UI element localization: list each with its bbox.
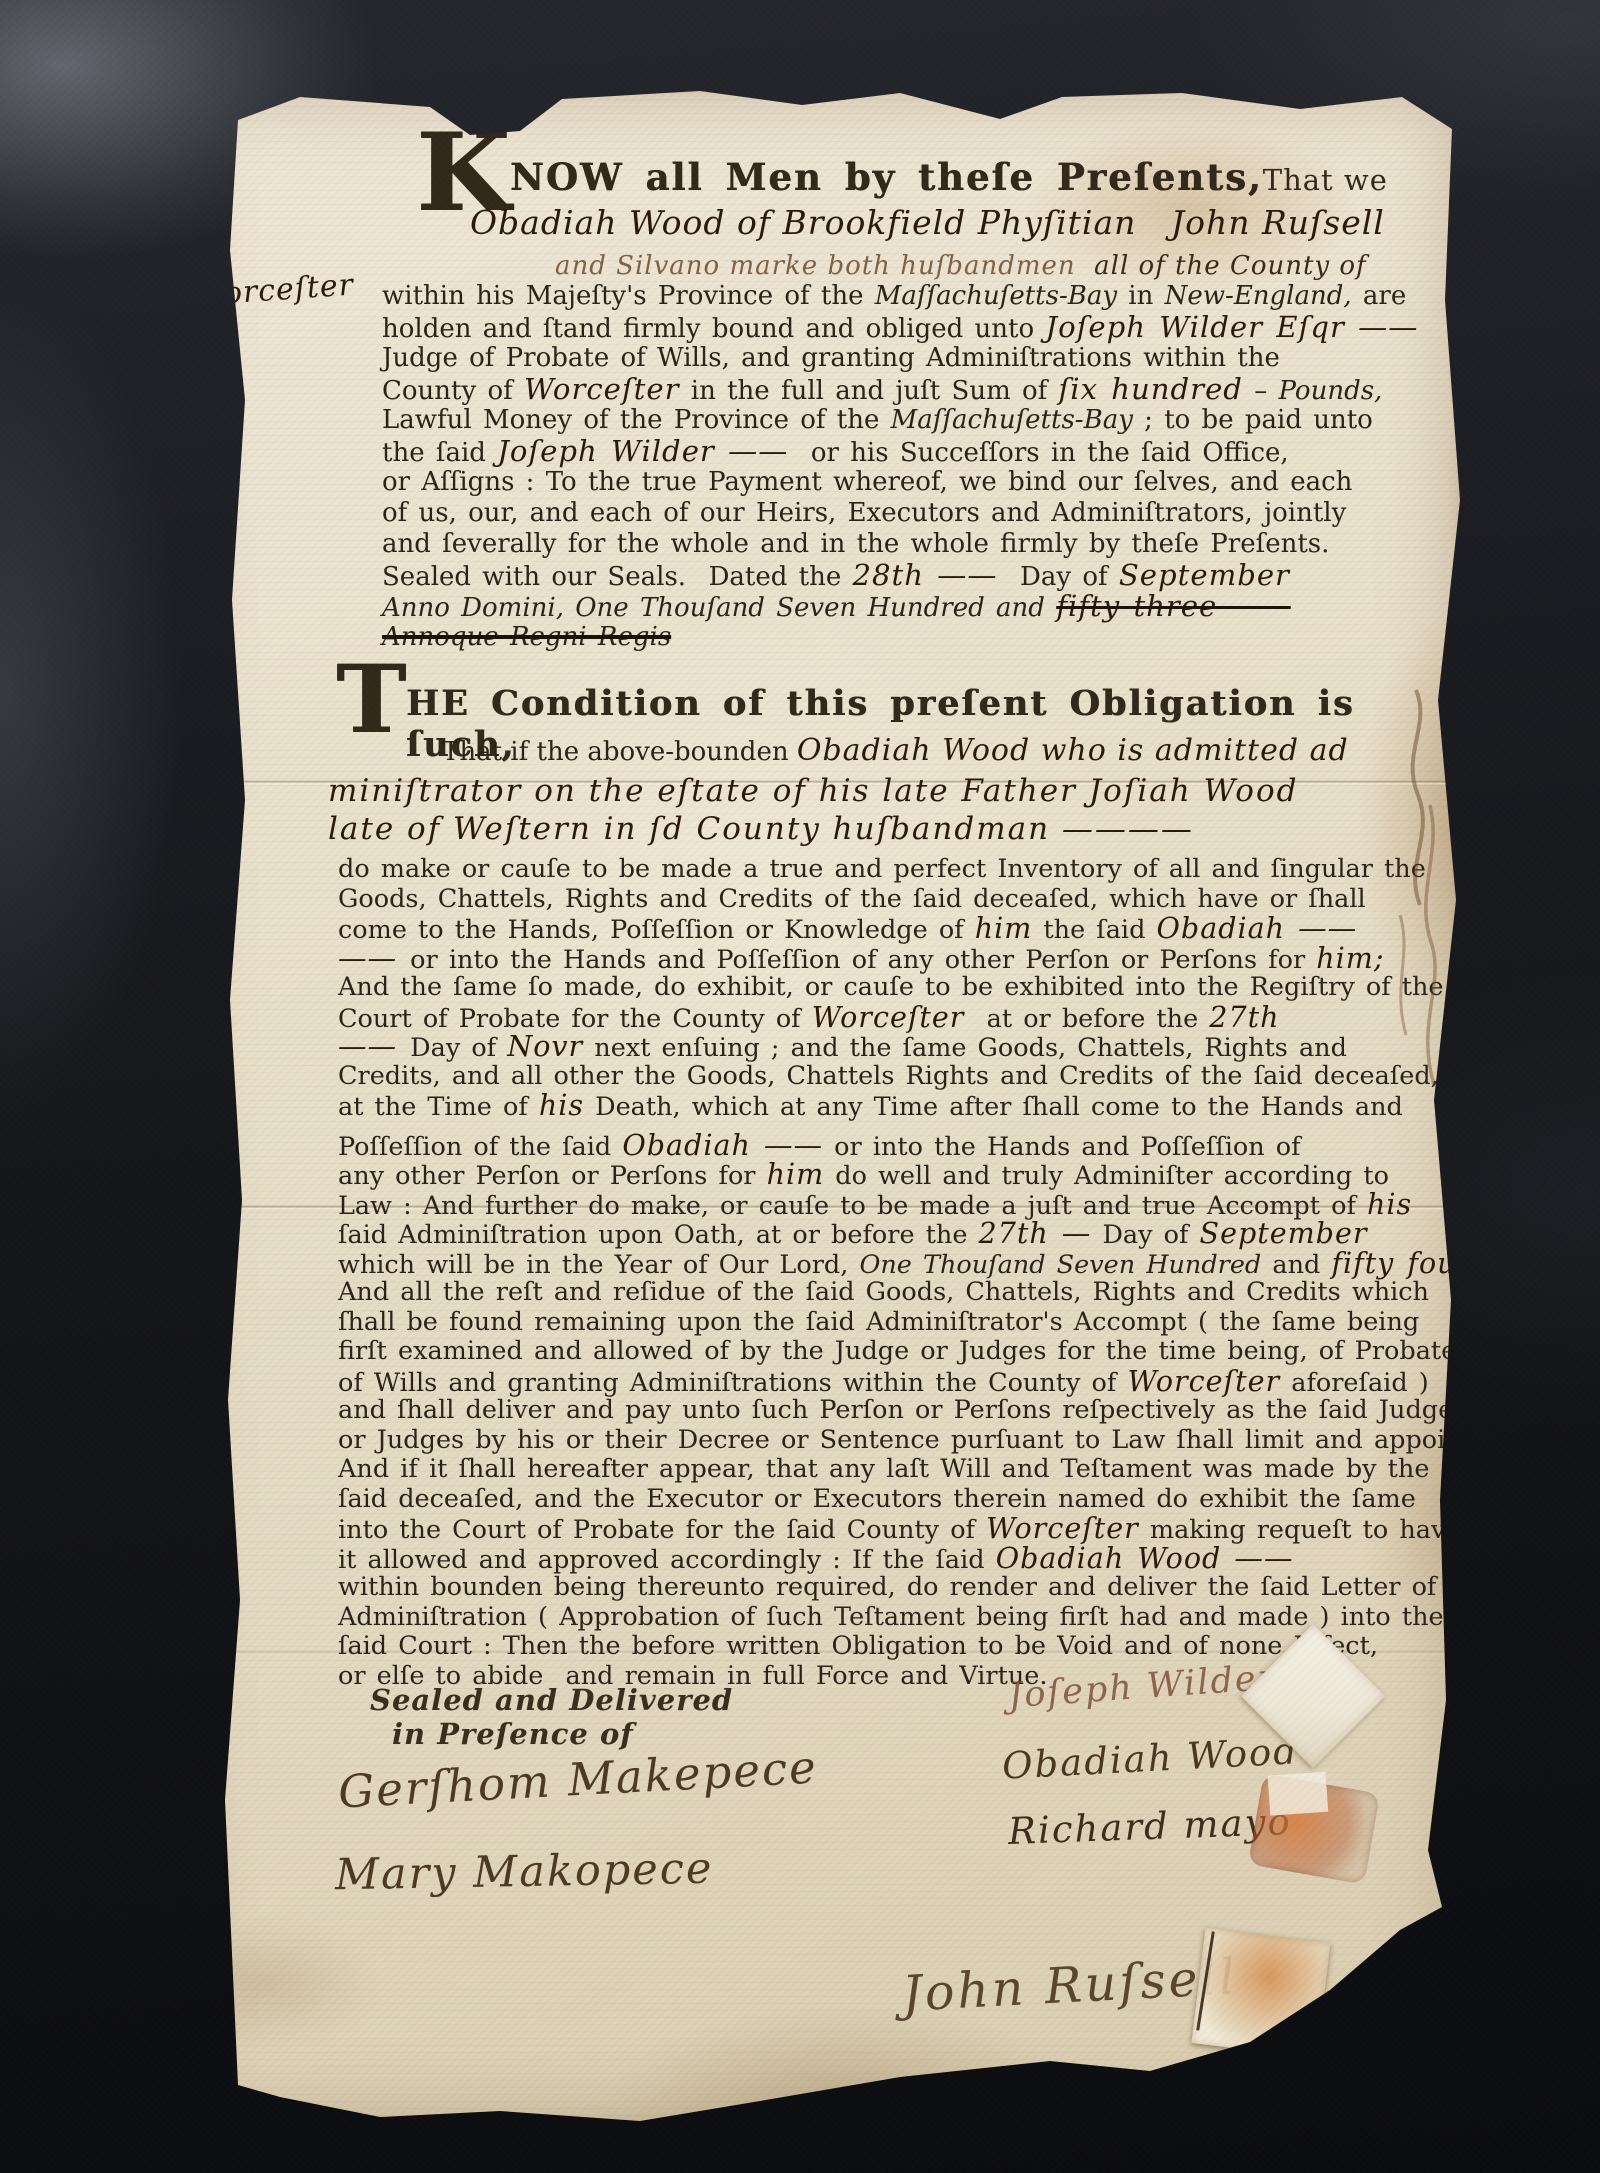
text-segment: ; to be paid unto — [1133, 405, 1373, 435]
text-segment: him — [767, 1157, 825, 1191]
condition-opening-line: That if the above-bounden Obadiah Wood w… — [442, 733, 1349, 768]
text-segment: fifty three —— — [1056, 589, 1291, 623]
text-segment: do make or cauſe to be made a true and p… — [338, 854, 1426, 884]
text-segment: his — [539, 1088, 584, 1122]
document-line: come to the Hands, Poſſeſſion or Knowled… — [338, 914, 1423, 944]
text-segment: And all the reſt and reſidue of the ſaid… — [338, 1277, 1429, 1307]
document-line: Judge of Probate of Wills, and granting … — [382, 343, 1412, 374]
text-segment: New-England, — [1165, 281, 1352, 311]
document-line: of us, our, and each of our Heirs, Execu… — [382, 498, 1412, 529]
text-segment: And the ſame ſo made, do exhibit, or cau… — [338, 972, 1444, 1002]
text-segment: Joſeph Wilder —— — [497, 434, 788, 468]
attestation-block: Sealed and Delivered in Preſence of — [370, 1683, 733, 1751]
text-segment: and — [1261, 1250, 1331, 1280]
handwritten-faded-line: and Silvano marke both huſbandmen all of… — [555, 251, 1367, 281]
margin-county-word: Worceſter — [193, 267, 355, 313]
text-segment: holden and ſtand firmly bound and oblige… — [382, 314, 1045, 344]
text-segment: ſaid deceaſed, and the Executor or Execu… — [338, 1484, 1416, 1514]
attestation-line: Sealed and Delivered — [370, 1683, 733, 1717]
handwritten-estate-line: miniſtrator on the eſtate of his late Fa… — [328, 773, 1298, 809]
text-segment: Maſſachuſetts-Bay — [891, 405, 1133, 435]
handwritten-names-line: Obadiah Wood of Brookfield Phyſitian Joh… — [470, 203, 1385, 242]
document-line: within his Majeſty's Province of the Maſ… — [382, 281, 1412, 312]
text-segment: Day of — [410, 1033, 507, 1063]
text-segment: or into the Hands and Poſſeſſion of any … — [410, 945, 1316, 975]
document-line: —— or into the Hands and Poſſeſſion of a… — [338, 944, 1423, 974]
drop-cap-initial: K — [416, 135, 510, 213]
document-line: ſaid deceaſed, and the Executor or Execu… — [338, 1485, 1423, 1515]
text-segment: ſaid Court : Then the before written Obl… — [338, 1631, 1378, 1661]
text-segment: That if the above-bounden — [442, 737, 797, 767]
signature-john-russell: John Ruſsell — [901, 1948, 1239, 2023]
text-segment: Maſſachuſetts-Bay — [875, 281, 1117, 311]
text-segment: in the full and juſt Sum of — [680, 376, 1059, 406]
document-line: firſt examined and allowed of by the Jud… — [338, 1337, 1423, 1367]
document-line: Lawful Money of the Province of the Maſſ… — [382, 405, 1412, 436]
document-line: or Aſſigns : To the true Payment whereof… — [382, 467, 1412, 498]
text-segment: aforeſaid ) — [1280, 1368, 1429, 1398]
text-segment: any other Perſon or Perſons for — [338, 1161, 767, 1191]
text-segment: Lawful Money of the Province of the — [382, 405, 891, 435]
text-segment: 28th —— — [853, 558, 998, 592]
witness-signature-mary-makopece: Mary Makopece — [335, 1844, 714, 1901]
text-segment: or Aſſigns : To the true Payment whereof… — [382, 467, 1352, 497]
heading-blackletter-text: NOW all Men by theſe Preſents, — [510, 135, 1263, 199]
text-segment: in — [1117, 281, 1165, 311]
text-segment: Annoque Regni Regis — [382, 622, 671, 652]
text-segment: Goods, Chattels, Rights and Credits of t… — [338, 884, 1366, 914]
text-segment: and ſeverally for the whole and in the w… — [382, 529, 1329, 559]
document-line: of Wills and granting Adminiſtrations wi… — [338, 1367, 1423, 1397]
text-segment: 27th — [1209, 1000, 1279, 1034]
text-segment: Adminiſtration ( Approbation of ſuch Teſ… — [338, 1602, 1444, 1632]
text-segment: Judge of Probate of Wills, and granting … — [382, 343, 1280, 373]
text-segment: him; — [1316, 941, 1384, 975]
text-segment: all of the County of — [1094, 251, 1367, 281]
document-line: Annoque Regni Regis — [382, 622, 1412, 653]
text-segment: at or before the — [964, 1004, 1209, 1034]
heading-roman-text: That we — [1263, 135, 1388, 197]
document-line: ſaid Adminiſtration upon Oath, at or bef… — [338, 1219, 1423, 1249]
text-segment: fifty four — [1331, 1246, 1471, 1280]
document-line: and ſhall deliver and pay unto ſuch Perſ… — [338, 1396, 1423, 1426]
text-segment: Worceſter — [1127, 1364, 1280, 1398]
text-segment: the ſaid — [382, 438, 497, 468]
text-segment: – — [1243, 376, 1279, 406]
text-segment: 27th — — [979, 1216, 1092, 1250]
document-line: at the Time of his Death, which at any T… — [338, 1091, 1423, 1121]
intro-paragraph: within his Majeſty's Province of the Maſ… — [382, 281, 1412, 653]
document-line: Adminiſtration ( Approbation of ſuch Teſ… — [338, 1603, 1423, 1633]
text-segment: Day of — [997, 562, 1118, 592]
document-line: the ſaid Joſeph Wilder —— or his Succeſſ… — [382, 436, 1412, 467]
text-segment: of Wills and granting Adminiſtrations wi… — [338, 1368, 1127, 1398]
text-segment: Obadiah Wood —— — [996, 1541, 1294, 1575]
text-segment: and ſhall deliver and pay unto ſuch Perſ… — [338, 1395, 1453, 1425]
condition-paragraph: do make or cauſe to be made a true and p… — [338, 855, 1423, 1691]
document-line: Sealed with our Seals. Dated the 28th ——… — [382, 560, 1412, 591]
text-segment: County of — [382, 376, 524, 406]
document-line: ſaid Court : Then the before written Obl… — [338, 1632, 1423, 1662]
text-segment: One Thouſand Seven Hundred — [859, 1250, 1261, 1280]
document-line: within bounden being thereunto required,… — [338, 1573, 1423, 1603]
text-segment: Sealed with our Seals. Dated the — [382, 562, 853, 592]
document-line: And all the reſt and reſidue of the ſaid… — [338, 1278, 1423, 1308]
text-segment: Worceſter — [812, 1000, 965, 1034]
document-line: Court of Probate for the County of Worce… — [338, 1003, 1423, 1033]
text-segment: September — [1119, 558, 1290, 592]
text-segment: ſix hundred — [1059, 372, 1243, 406]
document-line: or Judges by his or their Decree or Sent… — [338, 1426, 1423, 1456]
document-line: it allowed and approved accordingly : If… — [338, 1544, 1423, 1574]
text-segment: into the Court of Probate for the ſaid C… — [338, 1515, 986, 1545]
text-segment: ſaid Adminiſtration upon Oath, at or bef… — [338, 1220, 979, 1250]
handwritten-estate-line: late of Weſtern in ſd County huſbandman … — [328, 811, 1194, 847]
document-line: Law : And further do make, or cauſe to b… — [338, 1190, 1423, 1220]
document-line: into the Court of Probate for the ſaid C… — [338, 1514, 1423, 1544]
document-line: —— Day of Novr next enſuing ; and the ſa… — [338, 1032, 1423, 1062]
witness-signature-gershom-makepece: Gerſhom Makepece — [337, 1740, 819, 1818]
document-heading: K NOW all Men by theſe Preſents, That we — [416, 135, 1388, 213]
text-segment: do well and truly Adminiſter according t… — [824, 1161, 1389, 1191]
text-segment: him — [975, 911, 1033, 945]
text-segment: come to the Hands, Poſſeſſion or Knowled… — [338, 915, 975, 945]
text-segment: Anno Domini, One Thouſand Seven Hundred … — [382, 593, 1056, 623]
ink-scribble — [1386, 685, 1446, 1105]
text-segment: it allowed and approved accordingly : If… — [338, 1545, 996, 1575]
document-line: ſhall be found remaining upon the ſaid A… — [338, 1308, 1423, 1338]
document-line: And the ſame ſo made, do exhibit, or cau… — [338, 973, 1423, 1003]
text-segment: —— — [338, 941, 410, 975]
text-segment: or into the Hands and Poſſeſſion of — [823, 1132, 1301, 1162]
signature-obadiah-wood: Obadiah Wood — [1001, 1729, 1300, 1787]
text-segment: which will be in the Year of Our Lord, — [338, 1250, 859, 1280]
text-segment: —— — [338, 1029, 410, 1063]
document-line: County of Worceſter in the full and juſt… — [382, 374, 1412, 405]
text-segment: of us, our, and each of our Heirs, Execu… — [382, 498, 1346, 528]
text-segment: Credits, and all other the Goods, Chatte… — [338, 1061, 1439, 1091]
photo-background: K NOW all Men by theſe Preſents, That we… — [0, 0, 1600, 2173]
attestation-line: in Preſence of — [392, 1717, 733, 1751]
text-segment: Obadiah Wood who is admitted ad — [797, 733, 1349, 768]
document-line: do make or cauſe to be made a true and p… — [338, 855, 1423, 885]
text-segment: within his Majeſty's Province of the — [382, 281, 875, 311]
signature-richard-mayo: Richard mayo — [1007, 1800, 1292, 1853]
text-segment: And if it ſhall hereafter appear, that a… — [338, 1454, 1429, 1484]
document-line: Anno Domini, One Thouſand Seven Hundred … — [382, 591, 1412, 622]
drop-cap-initial: T — [336, 667, 406, 735]
document-line: which will be in the Year of Our Lord, O… — [338, 1249, 1423, 1279]
document-line: holden and ſtand firmly bound and oblige… — [382, 312, 1412, 343]
text-segment: Day of — [1091, 1220, 1199, 1250]
text-segment: Worceſter — [524, 372, 680, 406]
document-line: Goods, Chattels, Rights and Credits of t… — [338, 885, 1423, 915]
document-line: and ſeverally for the whole and in the w… — [382, 529, 1412, 560]
text-segment: ſhall be found remaining upon the ſaid A… — [338, 1307, 1419, 1337]
document-line: any other Perſon or Perſons for him do w… — [338, 1160, 1423, 1190]
text-segment: Pounds, — [1278, 376, 1382, 406]
text-segment: his — [1367, 1187, 1412, 1221]
text-segment: Death, which at any Time after ſhall com… — [584, 1092, 1403, 1122]
text-segment: the ſaid — [1032, 915, 1156, 945]
text-segment: next enſuing ; and the ſame Goods, Chatt… — [583, 1033, 1347, 1063]
document-paper: K NOW all Men by theſe Preſents, That we… — [170, 85, 1462, 2127]
document-line: Credits, and all other the Goods, Chatte… — [338, 1062, 1423, 1092]
document-line: Poſſeſſion of the ſaid Obadiah —— or int… — [338, 1131, 1423, 1161]
text-segment: within bounden being thereunto required,… — [338, 1572, 1436, 1602]
text-segment: or his Succeſſors in the ſaid Office, — [788, 438, 1288, 468]
document-line: And if it ſhall hereafter appear, that a… — [338, 1455, 1423, 1485]
text-segment: and Silvano marke both huſbandmen — [555, 251, 1094, 281]
text-segment: at the Time of — [338, 1092, 539, 1122]
text-segment: or Judges by his or their Decree or Sent… — [338, 1425, 1481, 1455]
text-segment: Novr — [507, 1029, 583, 1063]
text-segment: Joſeph Wilder Eſqr —— — [1045, 310, 1418, 344]
text-segment: are — [1352, 281, 1407, 311]
text-segment: firſt examined and allowed of by the Jud… — [338, 1336, 1456, 1366]
text-segment: Poſſeſſion of the ſaid — [338, 1132, 622, 1162]
